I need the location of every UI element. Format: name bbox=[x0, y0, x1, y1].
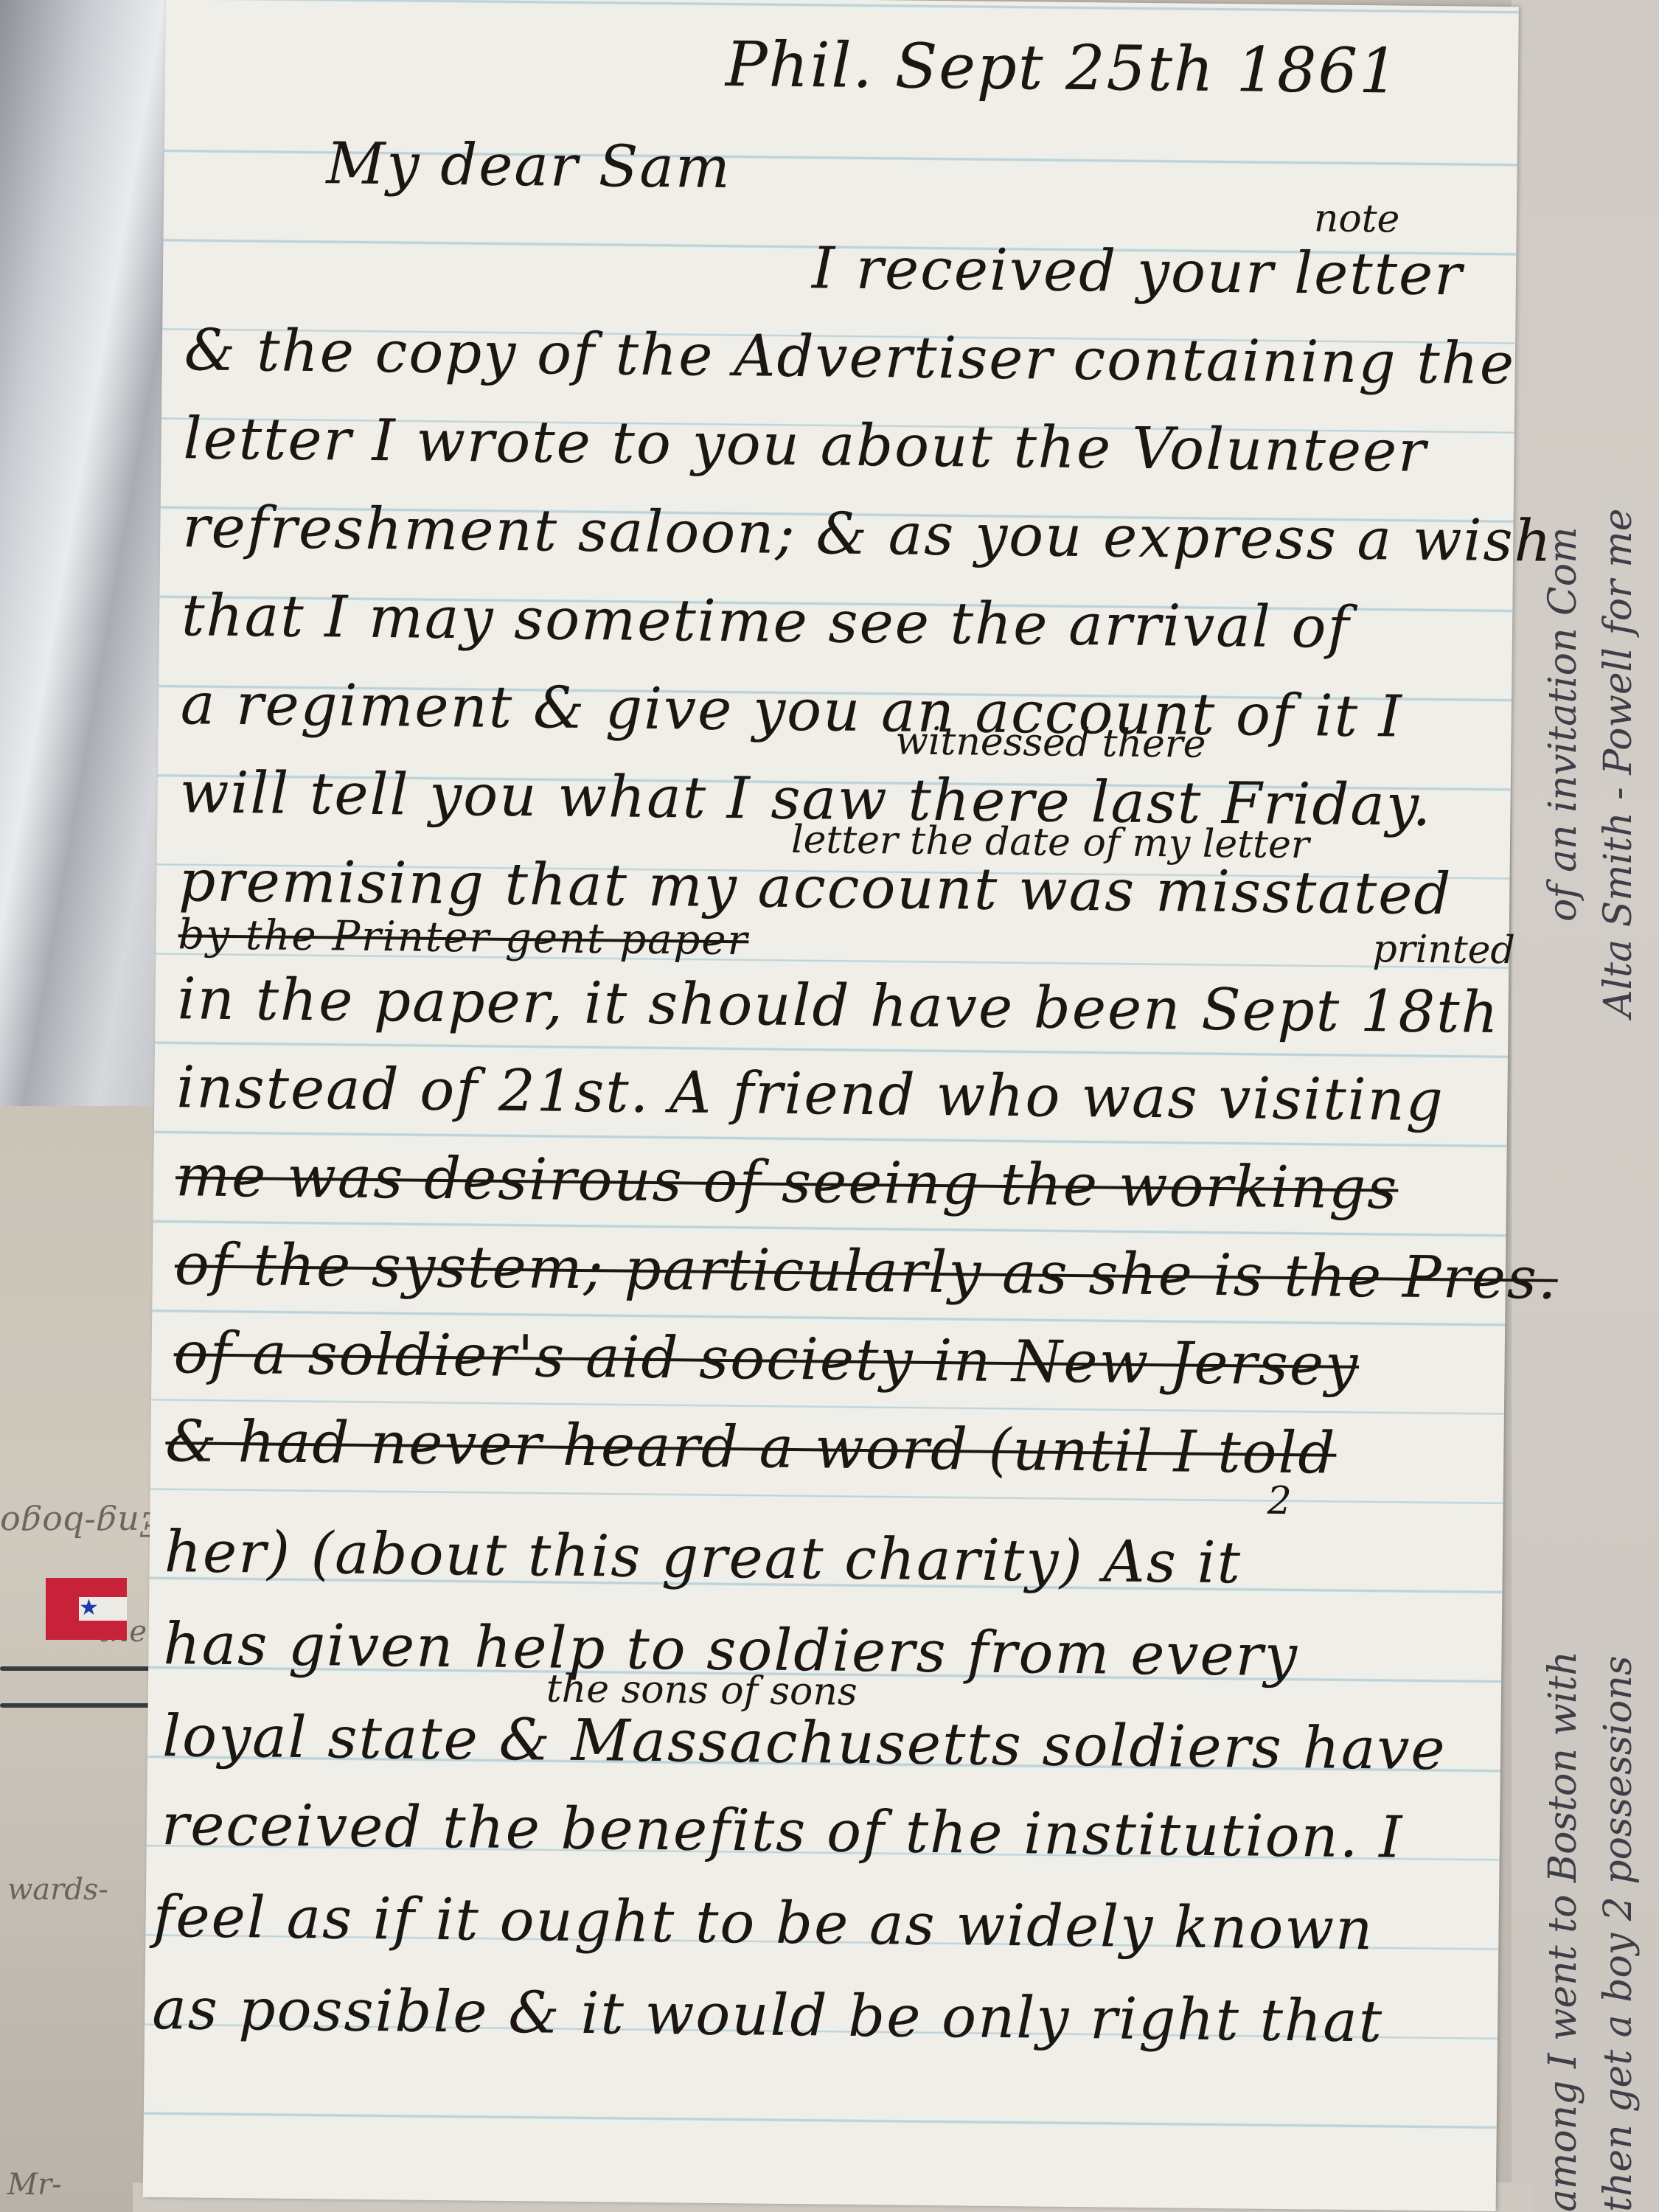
letter-line: in the paper, it should have been Sept 1… bbox=[177, 966, 1500, 1046]
background-script: then get a boy 2 possessions bbox=[1596, 1655, 1641, 2212]
letter-line: I received your letter bbox=[812, 235, 1464, 308]
struck-line: by the Printer gent paper bbox=[178, 911, 748, 964]
background-script: Alta Smith - Powell for me bbox=[1596, 509, 1641, 1018]
inserted-word: printed bbox=[1372, 927, 1515, 973]
wire bbox=[0, 1703, 159, 1708]
background-document-right: of an invitation Com Alta Smith - Powell… bbox=[1512, 0, 1659, 2212]
plastic-sleeve bbox=[0, 0, 170, 1106]
letter-line: as possible & it would be only right tha… bbox=[152, 1976, 1384, 2055]
struck-line: me was desirous of seeing the workings bbox=[175, 1143, 1399, 1222]
struck-line: of the system; particularly as she is th… bbox=[174, 1231, 1558, 1312]
wire bbox=[0, 1666, 159, 1671]
inserted-number: 2 bbox=[1267, 1479, 1292, 1523]
background-script: among I went to Boston with bbox=[1541, 1651, 1585, 2212]
service-flag-field: ★ bbox=[79, 1597, 127, 1621]
background-script: of an invitation Com bbox=[1541, 527, 1585, 922]
inserted-word: note bbox=[1314, 196, 1400, 241]
struck-line: & had never heard a word (until I told bbox=[165, 1408, 1337, 1487]
letter-line: refreshment saloon; & as you express a w… bbox=[182, 494, 1553, 574]
letter-line: loyal state & Massachusetts soldiers hav… bbox=[162, 1703, 1447, 1783]
service-flag: ★ bbox=[46, 1578, 127, 1640]
letter-date: Phil. Sept 25th 1861 bbox=[726, 28, 1400, 108]
background-script: Mr- bbox=[7, 2168, 62, 2202]
letter-line: letter I wrote to you about the Voluntee… bbox=[183, 406, 1427, 485]
background-script: wards- bbox=[7, 1873, 108, 1907]
letter-line: received the benefits of the institution… bbox=[161, 1792, 1404, 1871]
handwritten-letter: Phil. Sept 25th 1861 My dear Sam note I … bbox=[143, 0, 1519, 2211]
letter-line: a regiment & give you an account of it I bbox=[180, 671, 1403, 750]
background-document-left: Eng-bogo -the wards- Mr- bbox=[0, 1106, 162, 2212]
struck-line: of a soldier's aid society in New Jersey bbox=[173, 1320, 1359, 1399]
letter-line: her) (about this great charity) As it bbox=[164, 1519, 1242, 1596]
background-script: Eng-bogo bbox=[0, 1504, 164, 1544]
letter-line: that I may sometime see the arrival of bbox=[181, 582, 1351, 661]
letter-salutation: My dear Sam bbox=[326, 131, 731, 201]
star-icon: ★ bbox=[79, 1597, 99, 1619]
letter-line: & the copy of the Advertiser containing … bbox=[184, 317, 1515, 397]
letter-line: instead of 21st. A friend who was visiti… bbox=[176, 1054, 1444, 1134]
letter-line: feel as if it ought to be as widely know… bbox=[153, 1884, 1374, 1963]
inserted-words: witnessed there bbox=[895, 719, 1206, 766]
